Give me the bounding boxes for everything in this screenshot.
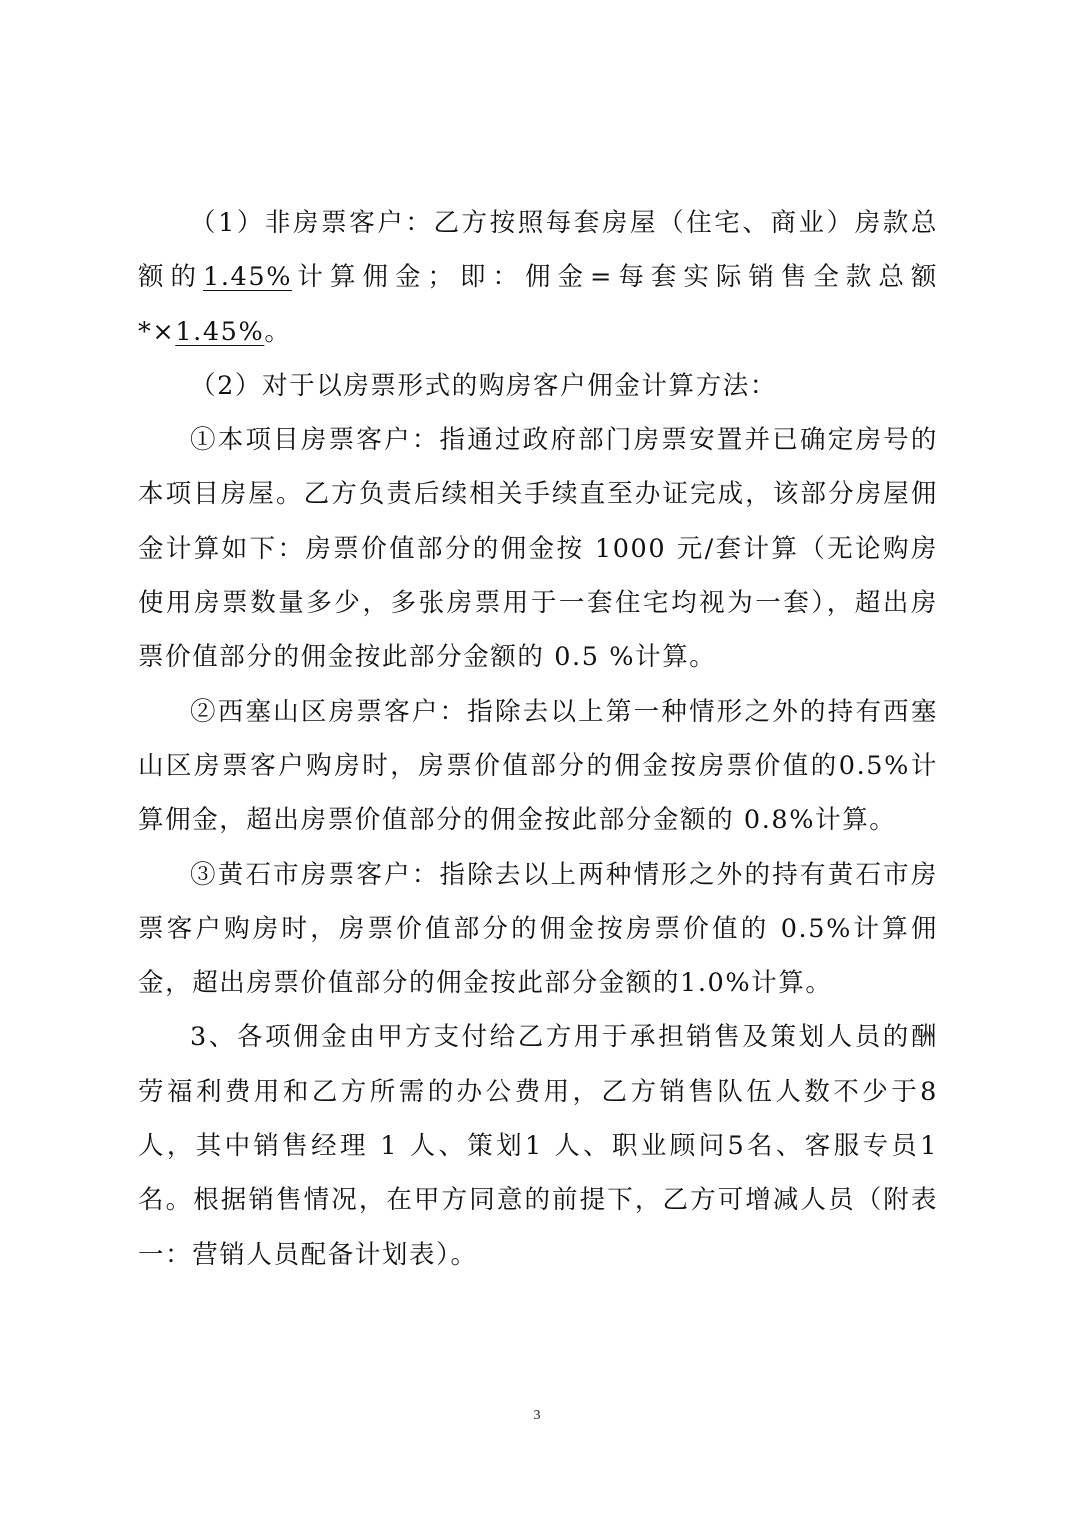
commission-rate-underlined: 1.45% [175, 317, 264, 347]
paragraph-project-voucher-clients: ①本项目房票客户：指通过政府部门房票安置并已确定房号的本项目房屋。乙方负责后续相… [138, 413, 938, 684]
commission-rate-underlined: 1.45% [203, 262, 292, 292]
paragraph-xisaishan-voucher-clients: ②西塞山区房票客户：指除去以上第一种情形之外的持有西塞山区房票客户购房时，房票价… [138, 685, 938, 848]
paragraph-text: 。 [264, 317, 291, 347]
paragraph-huangshi-voucher-clients: ③黄石市房票客户：指除去以上两种情形之外的持有黄石市房票客户购房时，房票价值部分… [138, 848, 938, 1011]
document-page: （1）非房票客户：乙方按照每套房屋（住宅、商业）房款总额的1.45%计算佣金；即… [138, 196, 938, 1282]
paragraph-non-voucher-clients: （1）非房票客户：乙方按照每套房屋（住宅、商业）房款总额的1.45%计算佣金；即… [138, 196, 938, 359]
paragraph-commission-usage-staffing: 3、各项佣金由甲方支付给乙方用于承担销售及策划人员的酬劳福利费用和乙方所需的办公… [138, 1010, 938, 1281]
page-number: 3 [0, 1408, 1074, 1424]
paragraph-voucher-method-heading: （2）对于以房票形式的购房客户佣金计算方法： [138, 359, 938, 413]
